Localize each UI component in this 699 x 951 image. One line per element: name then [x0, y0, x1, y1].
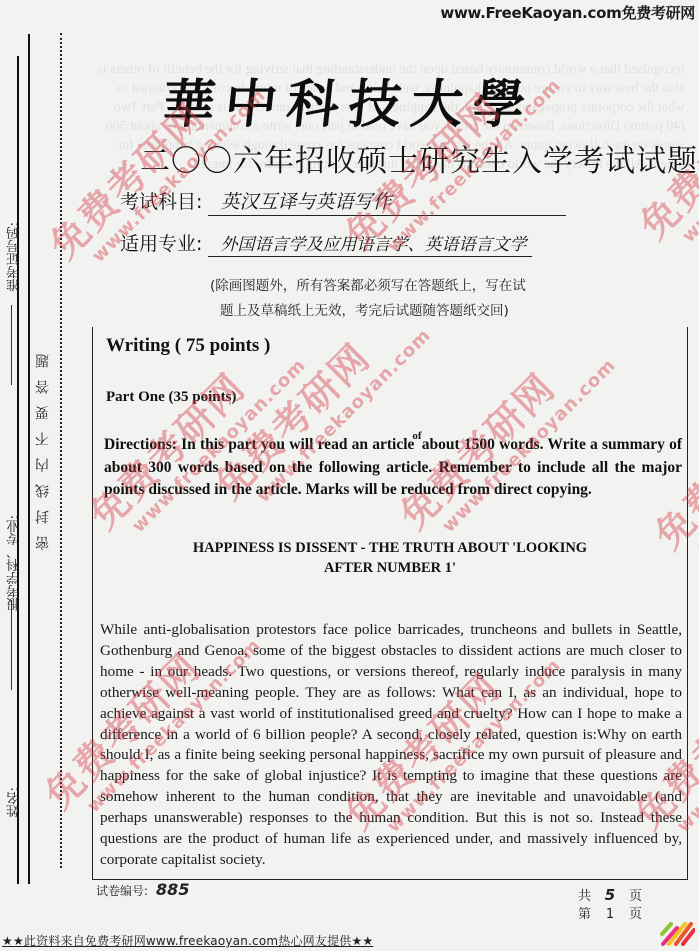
seal-notice: 密封线内不要答题 [33, 310, 53, 550]
article-title: HAPPINESS IS DISSENT - THE TRUTH ABOUT '… [95, 538, 685, 578]
subject-value: 英汉互译与英语写作 [208, 187, 566, 216]
binding-line-inner [28, 34, 30, 884]
paper-code: 试卷编号:885 [96, 880, 189, 899]
paper-code-value: 885 [156, 880, 189, 899]
site-url-header: www.FreeKaoyan.com免费考研网 [440, 2, 695, 23]
major-row: 适用专业: 外国语言学及应用语言学、英语语言文学 [120, 229, 532, 257]
article-title-line-1: HAPPINESS IS DISSENT - THE TRUTH ABOUT '… [95, 538, 685, 558]
watermark-url: www.freekaoyan.com [693, 375, 699, 557]
exam-title: 二〇〇六年招收硕士研究生入学考试试题 [140, 136, 698, 180]
notice-line-1: (除画图题外，所有答案都必须写在答题纸上，写在试 [210, 274, 630, 299]
subject-label: 考试科目: [120, 191, 202, 213]
total-prefix: 共 [578, 889, 591, 904]
ticket-number-field[interactable] [11, 305, 12, 385]
page-indicator: 共5页 第1页 [578, 886, 642, 924]
directions-start: Directions: In this part you will read a… [104, 436, 414, 453]
section-heading: Writing ( 75 points ) [106, 335, 270, 357]
article-title-line-2: AFTER NUMBER 1' [95, 558, 685, 578]
university-name: 華中科技大學 [0, 62, 699, 137]
handwritten-insert: of [412, 430, 421, 442]
major-value: 外国语言学及应用语言学、英语语言文学 [208, 230, 532, 257]
subject-row: 考试科目: 英汉互译与英语写作 [120, 187, 566, 216]
total-pages: 5 [591, 886, 629, 904]
subject-major-label: 报考学科、专业: [5, 515, 24, 610]
part-heading: Part One (35 points) [106, 389, 236, 406]
current-prefix: 第 [578, 907, 591, 922]
answer-notice: (除画图题外，所有答案都必须写在答题纸上，写在试 题上及草稿纸上无效，考完后试题… [210, 274, 630, 324]
current-suffix: 页 [629, 907, 642, 922]
current-page-row: 第1页 [578, 906, 642, 924]
binding-line-outer [17, 56, 19, 884]
source-notice: ★★此资料来自免费考研网www.freekaoyan.com热心网友提供★★ [2, 932, 373, 949]
total-pages-row: 共5页 [578, 886, 642, 906]
article-body: While anti-globalisation protestors face… [100, 620, 682, 871]
paper-code-label: 试卷编号: [96, 884, 148, 898]
subject-major-field[interactable] [11, 600, 12, 690]
directions-text: Directions: In this part you will read a… [104, 434, 682, 501]
major-label: 适用专业: [120, 233, 202, 255]
colored-stripes-logo-icon [659, 912, 695, 946]
total-suffix: 页 [629, 889, 642, 904]
name-label: 姓名: [5, 787, 24, 817]
notice-line-2: 题上及草稿纸上无效，考完后试题随答题纸交回) [210, 299, 630, 324]
ticket-number-label: 准考证号码: [5, 222, 24, 291]
seal-dotted-line [60, 33, 62, 868]
current-page: 1 [591, 906, 629, 924]
